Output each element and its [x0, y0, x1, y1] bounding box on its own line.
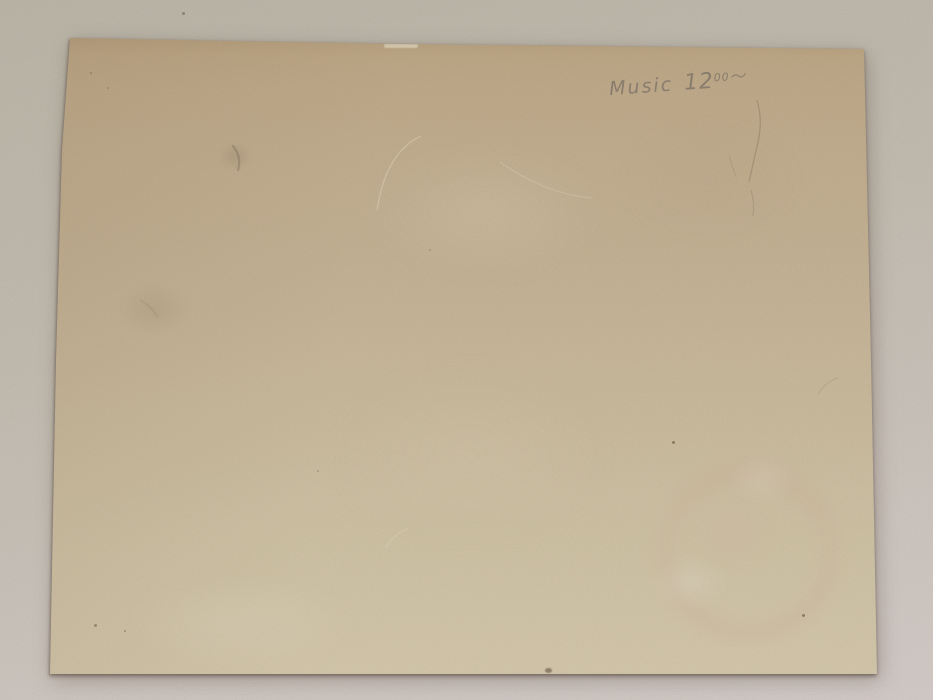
paper-sheet-back: Music1200	[0, 0, 933, 700]
squiggle-mark	[730, 71, 747, 80]
photo-background: Music1200	[0, 0, 933, 700]
handwriting-superscript: 00	[713, 70, 730, 84]
paper-edge-shading	[0, 0, 933, 700]
handwriting-number: 12	[683, 69, 715, 96]
paper-edge-chip	[384, 44, 418, 48]
handwriting-word: Music	[608, 74, 673, 100]
paper-edge-nick	[545, 668, 552, 673]
paper-shadow-wrapper: Music1200	[0, 0, 933, 700]
